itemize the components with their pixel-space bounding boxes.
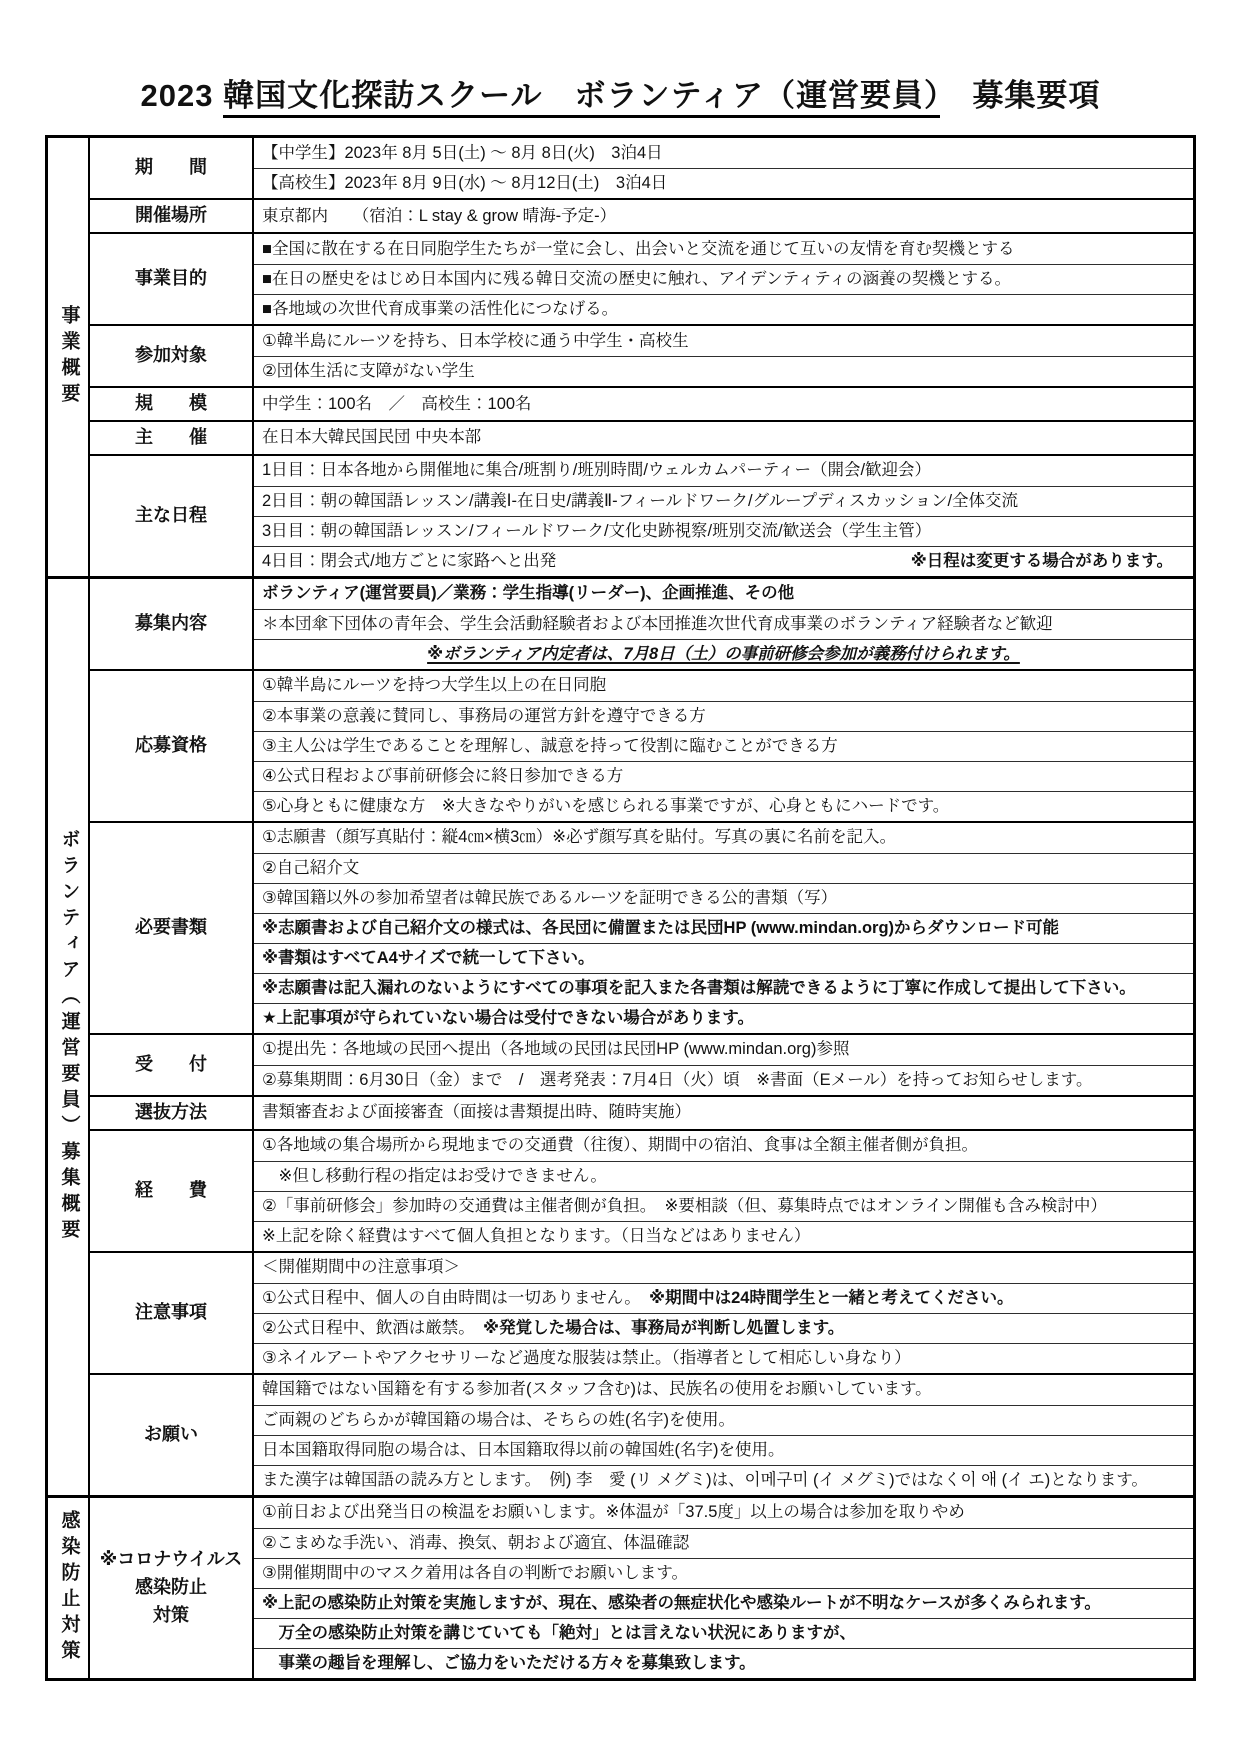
table-line: ＊本団傘下団体の青年会、学生会活動経験者および本団推進次世代育成事業のボランティ… [254, 609, 1193, 639]
line-text: ③ネイルアートやアクセサリーなど過度な服装は禁止。（指導者として相応しい身なり） [262, 1348, 911, 1369]
line-text: 3日目：朝の韓国語レッスン/フィールドワーク/文化史跡視察/班別交流/歓送会（学… [262, 521, 931, 542]
table-row-group: 規 模中学生：100名 ／ 高校生：100名 [90, 386, 1193, 420]
line-text: ①韓半島にルーツを持ち、日本学校に通う中学生・高校生 [262, 331, 689, 352]
line-text: ※ボランティア内定者は、7月8日（土）の事前研修会参加が義務付けられます。 [427, 644, 1020, 665]
table-row-group: 事業目的■全国に散在する在日同胞学生たちが一堂に会し、出会いと交流を通じて互いの… [90, 232, 1193, 324]
line-text: ※志願書および自己紹介文の様式は、各民団に備置または民団HP (www.mind… [262, 918, 1059, 939]
row-header: 受 付 [90, 1035, 254, 1095]
line-text: 在日本大韓民国民団 中央本部 [262, 427, 481, 448]
table-line: ②公式日程中、飲酒は厳禁。 ※発覚した場合は、事務局が判断し処置します。 [254, 1313, 1193, 1343]
table-line: ①志願書（顔写真貼付：縦4㎝×横3㎝）※必ず顔写真を貼付。写真の裏に名前を記入。 [254, 823, 1193, 853]
line-text: ■在日の歴史をはじめ日本国内に残る韓日交流の歴史に触れ、アイデンティティの涵養の… [262, 269, 1011, 290]
table-line: ■全国に散在する在日同胞学生たちが一堂に会し、出会いと交流を通じて互いの友情を育… [254, 234, 1193, 264]
table-section: ボランティア（運営要員）募集概要募集内容ボランティア(運営要員)／業務：学生指導… [48, 576, 1193, 1495]
row-header: 募集内容 [90, 579, 254, 669]
line-text: ※発覚した場合は、事務局が判断し処置します。 [483, 1318, 844, 1339]
row-header: 必要書類 [90, 823, 254, 1033]
line-text: ②募集期間：6月30日（金）まで / 選考発表：7月4日（火）頃 ※書面（Eメー… [262, 1070, 1092, 1091]
line-text: ＜開催期間中の注意事項＞ [262, 1257, 460, 1278]
line-text: ③主人公は学生であることを理解し、誠意を持って役割に臨むことができる方 [262, 736, 838, 757]
table-row-group: 応募資格①韓半島にルーツを持つ大学生以上の在日同胞②本事業の意義に賛同し、事務局… [90, 669, 1193, 821]
line-text: ②本事業の意義に賛同し、事務局の運営方針を遵守できる方 [262, 706, 706, 727]
table-line: ★上記事項が守られていない場合は受付できない場合があります。 [254, 1003, 1193, 1033]
line-text: 2日目：朝の韓国語レッスン/講義Ⅰ-在日史/講義Ⅱ-フィールドワーク/グループデ… [262, 491, 1018, 512]
table-line: ①韓半島にルーツを持ち、日本学校に通う中学生・高校生 [254, 326, 1193, 356]
row-header: 事業目的 [90, 234, 254, 324]
table-line: 2日目：朝の韓国語レッスン/講義Ⅰ-在日史/講義Ⅱ-フィールドワーク/グループデ… [254, 486, 1193, 516]
table-row-group: 参加対象①韓半島にルーツを持ち、日本学校に通う中学生・高校生②団体生活に支障がな… [90, 324, 1193, 386]
row-header: 期 間 [90, 138, 254, 198]
line-text: ★上記事項が守られていない場合は受付できない場合があります。 [262, 1008, 754, 1029]
table-line: ②募集期間：6月30日（金）まで / 選考発表：7月4日（火）頃 ※書面（Eメー… [254, 1065, 1193, 1095]
table-line: 事業の趣旨を理解し、ご協力をいただける方々を募集致します。 [254, 1648, 1193, 1678]
page-title: 2023 韓国文化探訪スクール ボランティア（運営要員） 募集要項 [45, 70, 1196, 115]
line-text: 1日目：日本各地から開催地に集合/班割り/班別時間/ウェルカムパーティー（開会/… [262, 460, 931, 481]
table-line: 東京都内 （宿泊：L stay & grow 晴海-予定-） [254, 200, 1193, 232]
line-text: 韓国籍ではない国籍を有する参加者(スタッフ含む)は、民族名の使用をお願いしていま… [262, 1379, 932, 1400]
table-line: ボランティア(運営要員)／業務：学生指導(リーダー)、企画推進、その他 [254, 579, 1193, 609]
line-text: ご両親のどちらかが韓国籍の場合は、そちらの姓(名字)を使用。 [262, 1410, 735, 1431]
line-text: ①公式日程中、個人の自由時間は一切ありません。 [262, 1288, 649, 1309]
group-label: 事業概要 [58, 305, 79, 409]
row-header: 応募資格 [90, 671, 254, 821]
row-header: 主 催 [90, 422, 254, 454]
line-text: ①提出先：各地域の民団へ提出（各地域の民団は民団HP (www.mindan.o… [262, 1039, 849, 1060]
table-row-group: お願い韓国籍ではない国籍を有する参加者(スタッフ含む)は、民族名の使用をお願いし… [90, 1373, 1193, 1495]
table-line: ①前日および出発当日の検温をお願いします。※体温が「37.5度」以上の場合は参加… [254, 1498, 1193, 1528]
group-label: ボランティア（運営要員）募集概要 [58, 829, 79, 1245]
document-page: 2023 韓国文化探訪スクール ボランティア（運営要員） 募集要項 事業概要期 … [0, 0, 1241, 1681]
table-line: ■在日の歴史をはじめ日本国内に残る韓日交流の歴史に触れ、アイデンティティの涵養の… [254, 264, 1193, 294]
group-label: 感染防止対策 [58, 1510, 79, 1666]
table-line: 韓国籍ではない国籍を有する参加者(スタッフ含む)は、民族名の使用をお願いしていま… [254, 1375, 1193, 1405]
row-header: 主な日程 [90, 456, 254, 576]
line-text: ■各地域の次世代育成事業の活性化につなげる。 [262, 299, 618, 320]
line-text: ■全国に散在する在日同胞学生たちが一堂に会し、出会いと交流を通じて互いの友情を育… [262, 239, 1014, 260]
table-line: ①各地域の集合場所から現地までの交通費（往復）、期間中の宿泊、食事は全額主催者側… [254, 1131, 1193, 1161]
line-text: 万全の感染防止対策を講じていても「絶対」とは言えない状況にありますが、 [262, 1623, 856, 1644]
table-row-group: 主な日程1日目：日本各地から開催地に集合/班割り/班別時間/ウェルカムパーティー… [90, 454, 1193, 576]
table-line: ※志願書および自己紹介文の様式は、各民団に備置または民団HP (www.mind… [254, 913, 1193, 943]
group-label-cell: 感染防止対策 [48, 1498, 90, 1678]
table-line: ※上記の感染防止対策を実施しますが、現在、感染者の無症状化や感染ルートが不明なケ… [254, 1588, 1193, 1618]
table-line: ※書類はすべてA4サイズで統一して下さい。 [254, 943, 1193, 973]
table-row-group: 注意事項＜開催期間中の注意事項＞①公式日程中、個人の自由時間は一切ありません。 … [90, 1251, 1193, 1373]
page-title-underlined: 韓国文化探訪スクール ボランティア（運営要員） [223, 78, 940, 118]
table-line: 【中学生】2023年 8月 5日(土) ～ 8月 8日(火) 3泊4日 [254, 138, 1193, 168]
table-line: 1日目：日本各地から開催地に集合/班割り/班別時間/ウェルカムパーティー（開会/… [254, 456, 1193, 486]
table-line: ③開催期間中のマスク着用は各自の判断でお願いします。 [254, 1558, 1193, 1588]
page-title-suffix: 募集要項 [940, 78, 1100, 113]
row-header: ※コロナウイルス 感染防止 対策 [90, 1498, 254, 1678]
line-text: ②団体生活に支障がない学生 [262, 361, 475, 382]
table-line: ④公式日程および事前研修会に終日参加できる方 [254, 761, 1193, 791]
table-line: 【高校生】2023年 8月 9日(水) ～ 8月12日(土) 3泊4日 [254, 168, 1193, 198]
line-text: 【中学生】2023年 8月 5日(土) ～ 8月 8日(火) 3泊4日 [262, 143, 663, 164]
table-row-group: 受 付①提出先：各地域の民団へ提出（各地域の民団は民団HP (www.minda… [90, 1033, 1193, 1095]
line-text: ②自己紹介文 [262, 858, 359, 879]
line-text: 【高校生】2023年 8月 9日(水) ～ 8月12日(土) 3泊4日 [262, 173, 667, 194]
line-text: 4日目：閉会式/地方ごとに家路へと出発 [262, 551, 556, 572]
table-line: 万全の感染防止対策を講じていても「絶対」とは言えない状況にありますが、 [254, 1618, 1193, 1648]
table-row-group: 経 費①各地域の集合場所から現地までの交通費（往復）、期間中の宿泊、食事は全額主… [90, 1129, 1193, 1251]
table-row-group: 主 催在日本大韓民国民団 中央本部 [90, 420, 1193, 454]
table-line: ①提出先：各地域の民団へ提出（各地域の民団は民団HP (www.mindan.o… [254, 1035, 1193, 1065]
table-line: ①公式日程中、個人の自由時間は一切ありません。 ※期間中は24時間学生と一緒と考… [254, 1283, 1193, 1313]
table-line: ※ボランティア内定者は、7月8日（土）の事前研修会参加が義務付けられます。 [254, 639, 1193, 669]
table-row-group: 開催場所東京都内 （宿泊：L stay & grow 晴海-予定-） [90, 198, 1193, 232]
recruitment-table: 事業概要期 間【中学生】2023年 8月 5日(土) ～ 8月 8日(火) 3泊… [45, 135, 1196, 1681]
row-header: 注意事項 [90, 1253, 254, 1373]
row-header: 規 模 [90, 388, 254, 420]
group-label-cell: 事業概要 [48, 138, 90, 576]
line-text: ②「事前研修会」参加時の交通費は主催者側が負担。 ※要相談（但、募集時点ではオン… [262, 1196, 1107, 1217]
table-line: ②本事業の意義に賛同し、事務局の運営方針を遵守できる方 [254, 701, 1193, 731]
row-header: 選抜方法 [90, 1097, 254, 1129]
row-header: 開催場所 [90, 200, 254, 232]
line-text: ※書類はすべてA4サイズで統一して下さい。 [262, 948, 594, 969]
line-text: ①志願書（顔写真貼付：縦4㎝×横3㎝）※必ず顔写真を貼付。写真の裏に名前を記入。 [262, 827, 896, 848]
line-text: ①韓半島にルーツを持つ大学生以上の在日同胞 [262, 675, 606, 696]
line-text: ②こまめな手洗い、消毒、換気、朝および適宜、体温確認 [262, 1533, 689, 1554]
line-text: 東京都内 （宿泊：L stay & grow 晴海-予定-） [262, 206, 616, 227]
line-text: ⑤心身ともに健康な方 ※大きなやりがいを感じられる事業ですが、心身ともにハードで… [262, 796, 949, 817]
table-row-group: 必要書類①志願書（顔写真貼付：縦4㎝×横3㎝）※必ず顔写真を貼付。写真の裏に名前… [90, 821, 1193, 1033]
table-line: ⑤心身ともに健康な方 ※大きなやりがいを感じられる事業ですが、心身ともにハードで… [254, 791, 1193, 821]
table-section: 事業概要期 間【中学生】2023年 8月 5日(土) ～ 8月 8日(火) 3泊… [48, 138, 1193, 576]
table-line: ②「事前研修会」参加時の交通費は主催者側が負担。 ※要相談（但、募集時点ではオン… [254, 1191, 1193, 1221]
table-line: ■各地域の次世代育成事業の活性化につなげる。 [254, 294, 1193, 324]
group-label-cell: ボランティア（運営要員）募集概要 [48, 579, 90, 1495]
table-row-group: 期 間【中学生】2023年 8月 5日(土) ～ 8月 8日(火) 3泊4日【高… [90, 138, 1193, 198]
line-text: ※但し移動行程の指定はお受けできません。 [262, 1166, 607, 1187]
line-text: ①前日および出発当日の検温をお願いします。※体温が「37.5度」以上の場合は参加… [262, 1502, 965, 1523]
line-text: 中学生：100名 ／ 高校生：100名 [262, 394, 532, 415]
table-row-group: 募集内容ボランティア(運営要員)／業務：学生指導(リーダー)、企画推進、その他＊… [90, 579, 1193, 669]
line-text: ボランティア(運営要員)／業務：学生指導(リーダー)、企画推進、その他 [262, 583, 794, 604]
table-line: 3日目：朝の韓国語レッスン/フィールドワーク/文化史跡視察/班別交流/歓送会（学… [254, 516, 1193, 546]
line-text: ＊本団傘下団体の青年会、学生会活動経験者および本団推進次世代育成事業のボランティ… [262, 614, 1053, 635]
line-text: ※志願書は記入漏れのないようにすべての事項を記入また各書類は解読できるように丁寧… [262, 978, 1136, 999]
line-text: ※日程は変更する場合があります。 [911, 551, 1173, 572]
table-row-group: ※コロナウイルス 感染防止 対策①前日および出発当日の検温をお願いします。※体温… [90, 1498, 1193, 1678]
table-line: ※志願書は記入漏れのないようにすべての事項を記入また各書類は解読できるように丁寧… [254, 973, 1193, 1003]
table-line: 4日目：閉会式/地方ごとに家路へと出発※日程は変更する場合があります。 [254, 546, 1193, 576]
table-section: 感染防止対策※コロナウイルス 感染防止 対策①前日および出発当日の検温をお願いし… [48, 1495, 1193, 1678]
line-text: 日本国籍取得同胞の場合は、日本国籍取得以前の韓国姓(名字)を使用。 [262, 1440, 785, 1461]
line-text: ※期間中は24時間学生と一緒と考えてください。 [649, 1288, 1013, 1309]
table-line: ③韓国籍以外の参加希望者は韓民族であるルーツを証明できる公的書類（写） [254, 883, 1193, 913]
table-line: ＜開催期間中の注意事項＞ [254, 1253, 1193, 1283]
table-line: 書類審査および面接審査（面接は書類提出時、随時実施） [254, 1097, 1193, 1129]
line-text: ※上記の感染防止対策を実施しますが、現在、感染者の無症状化や感染ルートが不明なケ… [262, 1593, 1101, 1614]
line-text: 事業の趣旨を理解し、ご協力をいただける方々を募集致します。 [262, 1653, 756, 1674]
table-row-group: 選抜方法書類審査および面接審査（面接は書類提出時、随時実施） [90, 1095, 1193, 1129]
table-line: ②こまめな手洗い、消毒、換気、朝および適宜、体温確認 [254, 1528, 1193, 1558]
table-line: 在日本大韓民国民団 中央本部 [254, 422, 1193, 454]
table-line: また漢字は韓国語の読み方とします。 例) 李 愛 (リ メグミ)は、이메구미 (… [254, 1465, 1193, 1495]
table-line: ③主人公は学生であることを理解し、誠意を持って役割に臨むことができる方 [254, 731, 1193, 761]
line-text: ①各地域の集合場所から現地までの交通費（往復）、期間中の宿泊、食事は全額主催者側… [262, 1135, 978, 1156]
row-header: 経 費 [90, 1131, 254, 1251]
table-line: 日本国籍取得同胞の場合は、日本国籍取得以前の韓国姓(名字)を使用。 [254, 1435, 1193, 1465]
line-text: ③開催期間中のマスク着用は各自の判断でお願いします。 [262, 1563, 688, 1584]
page-title-prefix: 2023 [141, 78, 224, 113]
line-text: 書類審査および面接審査（面接は書類提出時、随時実施） [262, 1102, 691, 1123]
table-line: ②団体生活に支障がない学生 [254, 356, 1193, 386]
line-text: ※上記を除く経費はすべて個人負担となります。（日当などはありません） [262, 1226, 810, 1247]
row-header: お願い [90, 1375, 254, 1495]
table-line: ※但し移動行程の指定はお受けできません。 [254, 1161, 1193, 1191]
table-line: ※上記を除く経費はすべて個人負担となります。（日当などはありません） [254, 1221, 1193, 1251]
table-line: ①韓半島にルーツを持つ大学生以上の在日同胞 [254, 671, 1193, 701]
table-line: ご両親のどちらかが韓国籍の場合は、そちらの姓(名字)を使用。 [254, 1405, 1193, 1435]
line-text: また漢字は韓国語の読み方とします。 例) 李 愛 (リ メグミ)は、이메구미 (… [262, 1470, 1148, 1491]
row-header: 参加対象 [90, 326, 254, 386]
line-text: ④公式日程および事前研修会に終日参加できる方 [262, 766, 623, 787]
line-text: ③韓国籍以外の参加希望者は韓民族であるルーツを証明できる公的書類（写） [262, 888, 837, 909]
line-text: ②公式日程中、飲酒は厳禁。 [262, 1318, 483, 1339]
table-line: ②自己紹介文 [254, 853, 1193, 883]
table-line: 中学生：100名 ／ 高校生：100名 [254, 388, 1193, 420]
table-line: ③ネイルアートやアクセサリーなど過度な服装は禁止。（指導者として相応しい身なり） [254, 1343, 1193, 1373]
